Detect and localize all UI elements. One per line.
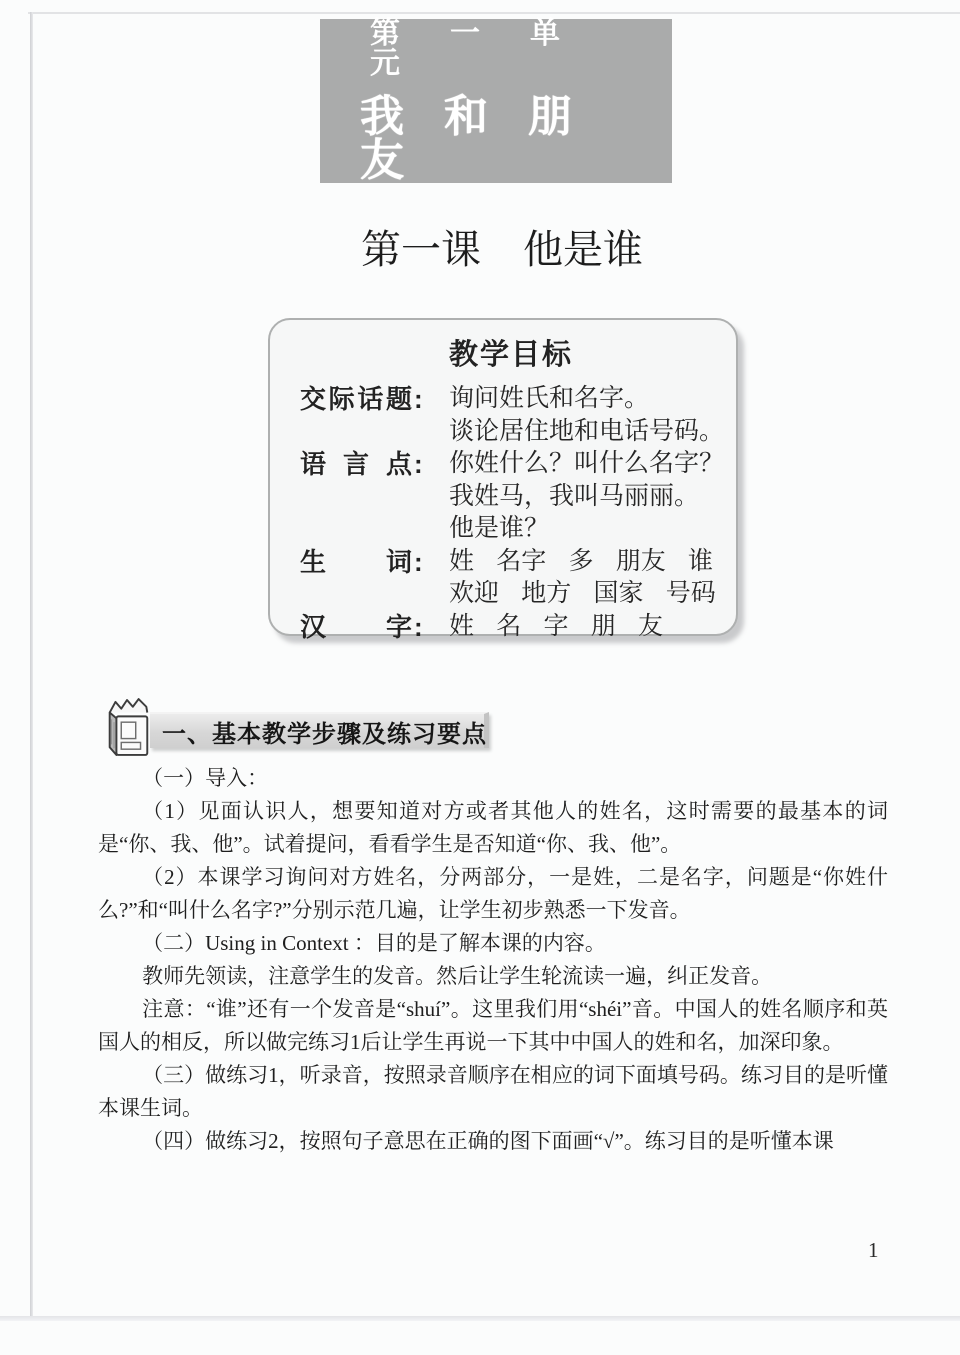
lesson-number: 第一课 xyxy=(361,227,481,272)
page-number: 1 xyxy=(868,1238,879,1263)
paragraph-intro-label: （一）导入： xyxy=(98,762,888,795)
row-label: 语言点 xyxy=(300,448,412,481)
paragraph-intro-2: （2）本课学习询问对方姓名，分两部分，一是姓，二是名字，问题是“你姓什么?”和“… xyxy=(98,861,888,927)
row-colon: : xyxy=(414,611,423,644)
row-line: 姓 名 字 朋 友 xyxy=(449,611,722,644)
body-text: （一）导入： （1）见面认识人，想要知道对方或者其他人的姓名，这时需要的最基本的… xyxy=(98,762,888,1158)
paragraph-intro-1: （1）见面认识人，想要知道对方或者其他人的姓名，这时需要的最基本的词是“你、我、… xyxy=(98,795,888,861)
unit-number: 第一单元 xyxy=(320,19,672,79)
section-heading-bar: 一、基本教学步骤及练习要点 xyxy=(150,712,489,748)
lesson-name: 他是谁 xyxy=(523,227,643,272)
row-line: 你姓什么？叫什么名字？ xyxy=(449,448,724,481)
row-line: 询问姓氏和名字。 xyxy=(449,383,724,416)
scanned-textbook-page: 第一单元 我和朋友 第一课他是谁 教学目标 交际话题: 询问姓氏和名字。 谈论居… xyxy=(0,0,960,1355)
row-colon: : xyxy=(414,383,423,416)
row-line: 我姓马，我叫马丽丽。 xyxy=(449,481,724,514)
page-edge-top xyxy=(28,12,960,14)
objectives-title: 教学目标 xyxy=(300,332,722,373)
paragraph-exercise-2: （四）做练习2，按照句子意思在正确的图下面画“√”。练习目的是听懂本课 xyxy=(98,1125,888,1158)
paragraph-teacher-reading: 教师先领读，注意学生的发音。然后让学生轮流读一遍，纠正发音。 xyxy=(98,960,888,993)
row-colon: : xyxy=(414,448,423,481)
row-line: 姓 名字 多 朋友 谁 xyxy=(449,546,722,579)
objectives-row-topic: 交际话题: 询问姓氏和名字。 谈论居住地和电话号码。 xyxy=(300,383,722,448)
section-heading-text: 一、基本教学步骤及练习要点 xyxy=(162,714,487,749)
page-edge-left xyxy=(30,12,33,1318)
row-label: 汉字 xyxy=(300,611,412,644)
row-line: 欢迎 地方 国家 号码 xyxy=(449,578,722,611)
paragraph-using-in-context: （二）Using in Context ：目的是了解本课的内容。 xyxy=(98,927,888,960)
objectives-row-new-words: 生词: 姓 名字 多 朋友 谁 欢迎 地方 国家 号码 xyxy=(300,546,722,611)
row-line: 谈论居住地和电话号码。 xyxy=(449,416,724,449)
unit-banner: 第一单元 我和朋友 xyxy=(320,19,672,183)
paragraph-note-pronunciation: 注意：“谁”还有一个发音是“shuí”。这里我们用“shéi”音。中国人的姓名顺… xyxy=(98,993,888,1059)
lesson-title: 第一课他是谁 xyxy=(102,218,902,275)
row-label: 生词 xyxy=(300,546,412,579)
objectives-row-language-points: 语言点: 你姓什么？叫什么名字？ 我姓马，我叫马丽丽。 他是谁？ xyxy=(300,448,722,546)
row-line: 他是谁？ xyxy=(449,513,724,546)
row-label: 交际话题 xyxy=(300,383,412,416)
page-edge-bottom xyxy=(0,1316,960,1321)
paragraph-exercise-1: （三）做练习1，听录音，按照录音顺序在相应的词下面填号码。练习目的是听懂本课生词… xyxy=(98,1059,888,1125)
open-book-icon xyxy=(101,696,155,763)
unit-title: 我和朋友 xyxy=(320,95,672,183)
teaching-objectives-box: 教学目标 交际话题: 询问姓氏和名字。 谈论居住地和电话号码。 语言点: 你姓什… xyxy=(268,318,738,636)
row-colon: : xyxy=(414,546,423,579)
objectives-row-characters: 汉字: 姓 名 字 朋 友 xyxy=(300,611,722,644)
